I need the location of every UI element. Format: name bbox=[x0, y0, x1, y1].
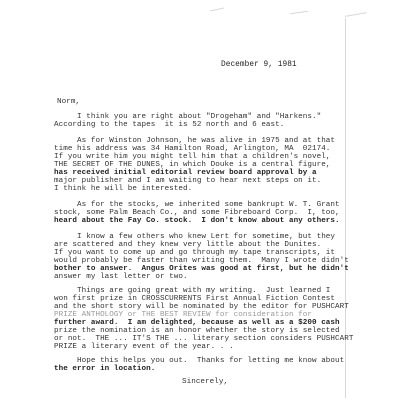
paragraph-4-line: answer my last letter or two. bbox=[54, 273, 188, 281]
paragraph-2-line: As for Winston Johnson, he was alive in … bbox=[54, 137, 335, 145]
paragraph-4-line: bother to answer. Angus Orites was good … bbox=[54, 265, 349, 273]
letter-closing: Sincerely, bbox=[182, 378, 228, 386]
paragraph-5-line: PRIZE a literary event of the year. . . bbox=[54, 343, 234, 351]
paragraph-5-line: prize the nomination is an honor whether… bbox=[54, 327, 340, 335]
paragraph-4-line: would probably be faster than writing th… bbox=[54, 257, 349, 265]
paragraph-2-line: major publisher and I am waiting to hear… bbox=[54, 177, 321, 185]
paragraph-2-line: has received initial editorial review bo… bbox=[54, 169, 317, 177]
paragraph-5-line: or not. THE ... IT'S THE ... literary se… bbox=[54, 335, 353, 343]
letter-salutation: Norm, bbox=[57, 98, 80, 106]
paragraph-1-line: According to the tapes it is 52 north an… bbox=[54, 121, 284, 129]
paragraph-4-line: I know a few others who knew Lert for so… bbox=[54, 233, 335, 241]
paragraph-1-line: I think you are right about "Drogeham" a… bbox=[54, 113, 321, 121]
scan-artifact bbox=[210, 8, 224, 12]
paragraph-2-line: If you write him you might tell him that… bbox=[54, 153, 330, 161]
letter-date: December 9, 1981 bbox=[221, 61, 297, 69]
paragraph-4-line: If you want to come up and go through my… bbox=[54, 249, 335, 257]
paragraph-2-line: time his address was 34 Hamilton Road, A… bbox=[54, 145, 330, 153]
paragraph-6-line: Hope this helps you out. Thanks for lett… bbox=[54, 357, 344, 365]
letter-page: December 9, 1981 Norm, I think you are r… bbox=[0, 0, 400, 400]
paragraph-5-line: and the short story will be nominated by… bbox=[54, 303, 349, 311]
paragraph-2-line: THE SECRET OF THE DUNES, in which Douke … bbox=[54, 161, 330, 169]
paragraph-5-line: Things are going great with my writing. … bbox=[54, 287, 330, 295]
paragraph-4-line: are scattered and they knew very little … bbox=[54, 241, 321, 249]
paragraph-3-line: heard about the Fay Co. stock. I don't k… bbox=[54, 217, 340, 225]
paragraph-5-line: further award. I am delighted, because a… bbox=[54, 319, 340, 327]
scan-artifact bbox=[345, 12, 367, 17]
paragraph-3-line: stock, some Palm Beach Co., and some Fib… bbox=[54, 209, 340, 217]
paragraph-2-line: I think he will be interested. bbox=[54, 185, 192, 193]
paragraph-5-line: PRIZE ANTHOLOGY or THE BEST REVIEW for c… bbox=[54, 311, 312, 319]
paragraph-3-line: As for the stocks, we inherited some ban… bbox=[54, 201, 340, 209]
paragraph-5-line: won first prize in CROSSCURRENTS First A… bbox=[54, 295, 335, 303]
scan-artifact bbox=[290, 11, 308, 14]
paragraph-6-line: the error in location. bbox=[54, 365, 155, 373]
